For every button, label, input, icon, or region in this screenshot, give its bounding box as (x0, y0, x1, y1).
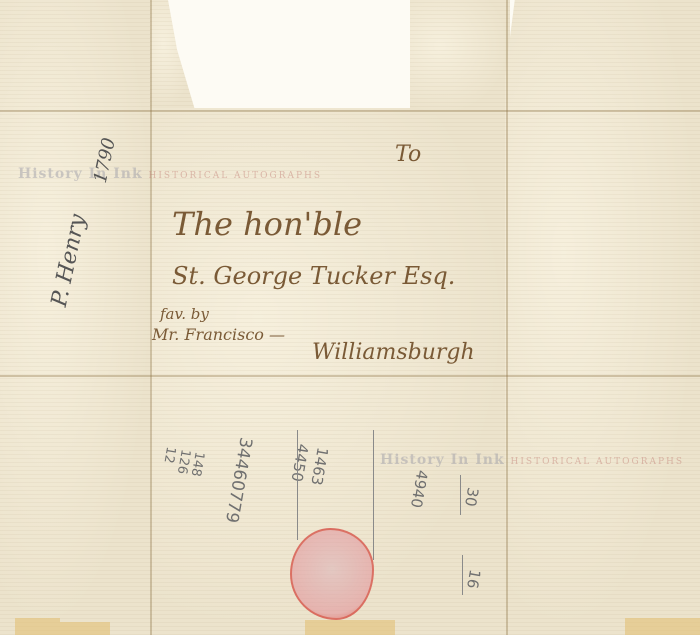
address-conveyance-2: Mr. Francisco — (152, 325, 285, 344)
paper-left-tear-flap (150, 0, 195, 110)
tape-remnant-1 (15, 618, 60, 635)
watermark-sub: HISTORICAL AUTOGRAPHS (149, 171, 323, 181)
address-salutation: To (395, 142, 421, 167)
watermark-bottom: History In Ink HISTORICAL AUTOGRAPHS (380, 452, 684, 468)
watermark-top: History In Ink HISTORICAL AUTOGRAPHS (18, 166, 322, 182)
address-line-title: The hon'ble (172, 205, 362, 243)
pencil-calc-e1: 30 (461, 486, 482, 508)
fold-line-right (506, 0, 508, 635)
tape-remnant-2 (60, 622, 110, 635)
fold-line-top (0, 110, 700, 112)
pencil-rule-4 (462, 555, 463, 595)
paper-top-right-strip (410, 0, 510, 115)
paper-left-panel (0, 0, 155, 635)
paper-right-panel (505, 0, 700, 635)
fold-line-left (150, 0, 152, 635)
wax-seal (290, 528, 374, 620)
pencil-calc-e2: 16 (463, 568, 484, 590)
address-conveyance-1: fav. by (160, 305, 209, 323)
fold-line-middle (0, 375, 700, 377)
tape-remnant-3 (305, 620, 395, 635)
watermark-main: History In Ink (380, 452, 505, 468)
address-line-name: St. George Tucker Esq. (172, 262, 455, 290)
pencil-calc-c: 1463 4450 (287, 442, 332, 486)
tape-remnant-4 (625, 618, 700, 635)
pencil-rule-2 (373, 430, 374, 560)
pencil-rule-1 (297, 430, 298, 540)
watermark-sub: HISTORICAL AUTOGRAPHS (511, 457, 685, 467)
watermark-main: History In Ink (18, 166, 143, 182)
address-destination: Williamsburgh (312, 340, 475, 365)
pencil-rule-3 (460, 475, 461, 515)
